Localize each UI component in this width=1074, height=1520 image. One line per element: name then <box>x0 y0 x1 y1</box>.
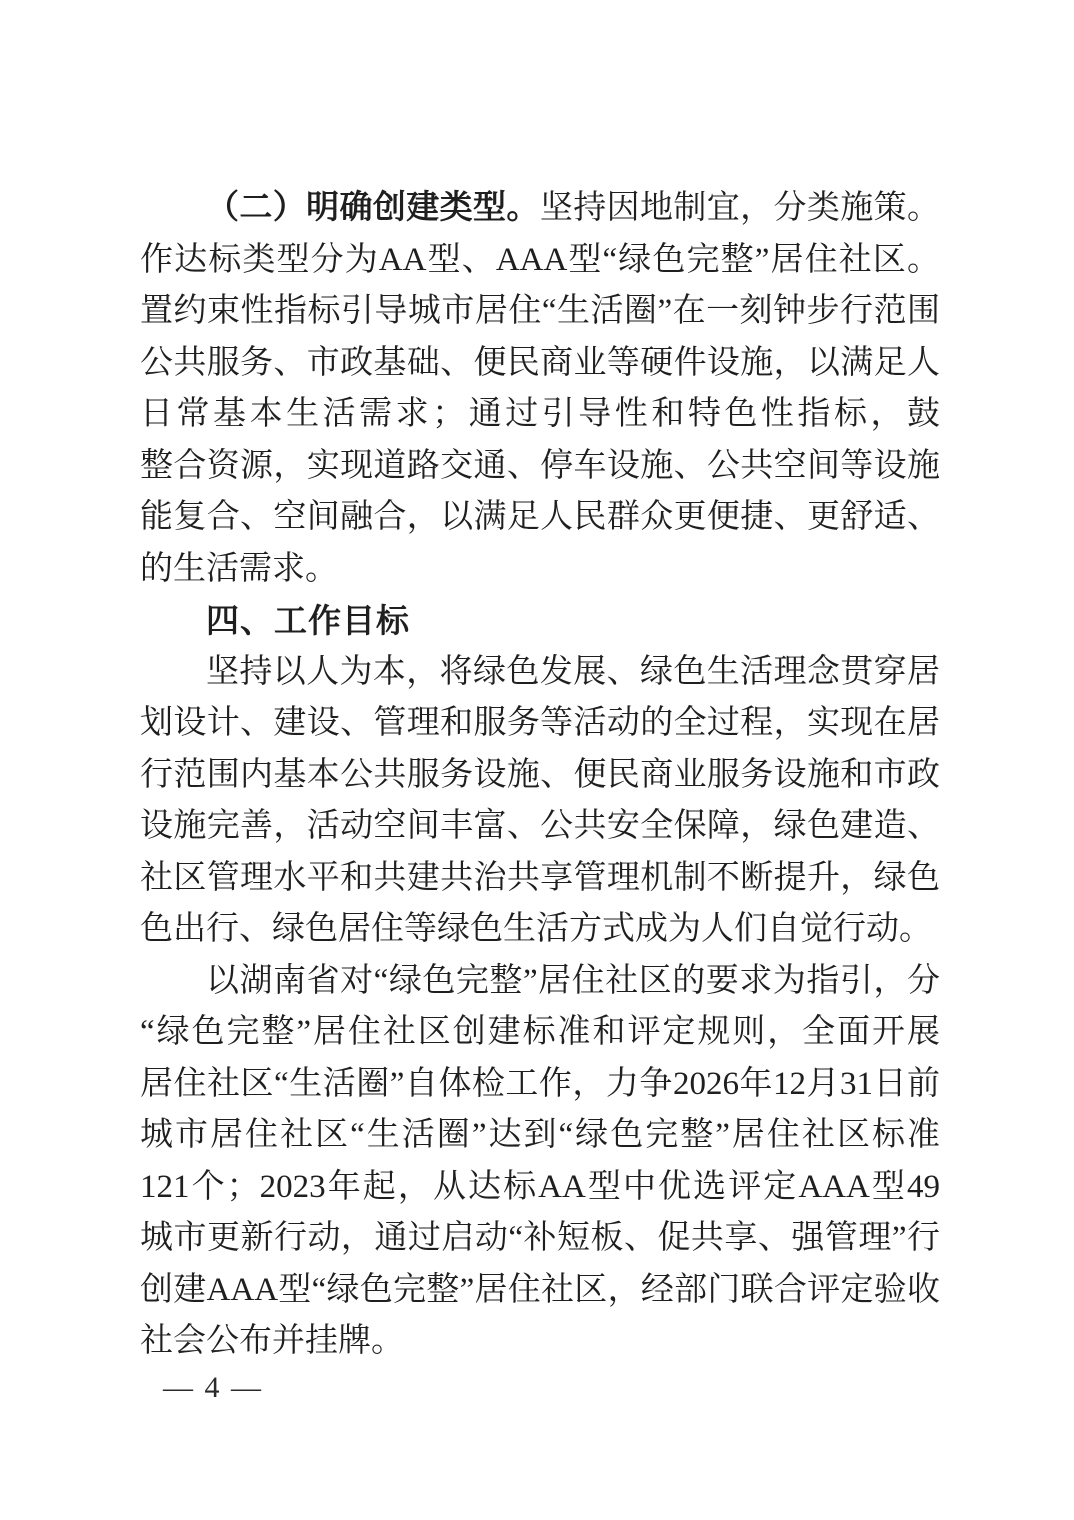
text-segment: 能复合、空间融合，以满足人民群众更便捷、更舒适、更高层次 <box>140 499 940 544</box>
text-line: 设施完善，活动空间丰富、公共安全保障，绿色建造、特色风貌、 <box>140 801 940 853</box>
text-segment: 121个；2023年起，从达标AA型中优选评定AAA型49个），实施 <box>140 1169 940 1214</box>
text-segment: 坚持以人为本，将绿色发展、绿色生活理念贯穿居住社区规 <box>140 654 940 699</box>
text-segment: 社会公布并挂牌。 <box>140 1323 404 1359</box>
text-segment: 日常基本生活需求；通过引导性和特色性指标，鼓励“生活圈” <box>140 396 940 441</box>
text-segment: 公共服务、市政基础、便民商业等硬件设施，以满足人民群众的 <box>140 345 940 390</box>
text-segment: 设施完善，活动空间丰富、公共安全保障，绿色建造、特色风貌、 <box>140 808 940 853</box>
text-segment: 居住社区“生活圈”自体检工作，力争2026年12月31日前121个 <box>140 1066 940 1111</box>
text-line: 城市更新行动，通过启动“补短板、促共享、强管理”行动计划， <box>140 1213 940 1265</box>
document-page: （二）明确创建类型。坚持因地制宜，分类施策。本次创建工作达标类型分为AA型、AA… <box>0 0 1074 1520</box>
text-line: 社区管理水平和共建共治共享管理机制不断提升，绿色消费、绿 <box>140 853 940 905</box>
text-line: 城市居住社区“生活圈”达到“绿色完整”居住社区标准（AA型 <box>140 1110 940 1162</box>
text-segment: 整合资源，实现道路交通、停车设施、公共空间等设施共享、功 <box>140 448 940 493</box>
paragraph: 坚持以人为本，将绿色发展、绿色生活理念贯穿居住社区规划设计、建设、管理和服务等活… <box>140 647 940 956</box>
page-number: — 4 — <box>163 1368 263 1408</box>
text-segment: 城市更新行动，通过启动“补短板、促共享、强管理”行动计划， <box>140 1220 940 1265</box>
document-content: （二）明确创建类型。坚持因地制宜，分类施策。本次创建工作达标类型分为AA型、AA… <box>140 183 940 1368</box>
text-segment: 社区管理水平和共建共治共享管理机制不断提升，绿色消费、绿 <box>140 860 940 905</box>
text-line: 划设计、建设、管理和服务等活动的全过程，实现在居民适宜步 <box>140 698 940 750</box>
text-segment: 色出行、绿色居住等绿色生活方式成为人们自觉行动。 <box>140 911 932 947</box>
text-line: 能复合、空间融合，以满足人民群众更便捷、更舒适、更高层次 <box>140 492 940 544</box>
text-segment: 以湖南省对“绿色完整”居住社区的要求为指引，分类制定 <box>140 963 940 1008</box>
text-line: 四、工作目标 <box>140 595 940 647</box>
text-segment: 行范围内基本公共服务设施、便民商业服务设施和市政配套基础 <box>140 757 940 802</box>
text-line: “绿色完整”居住社区创建标准和评定规则，全面开展242个城市 <box>140 1007 940 1059</box>
text-segment: 作达标类型分为AA型、AAA型“绿色完整”居住社区。通过设 <box>140 242 940 287</box>
text-line: 行范围内基本公共服务设施、便民商业服务设施和市政配套基础 <box>140 750 940 802</box>
text-segment: 置约束性指标引导城市居住“生活圈”在一刻钟步行范围内补齐 <box>140 293 940 338</box>
text-line: （二）明确创建类型。坚持因地制宜，分类施策。本次创建工 <box>140 183 940 235</box>
text-line: 整合资源，实现道路交通、停车设施、公共空间等设施共享、功 <box>140 441 940 493</box>
paragraph: 以湖南省对“绿色完整”居住社区的要求为指引，分类制定“绿色完整”居住社区创建标准… <box>140 956 940 1368</box>
text-line: 社会公布并挂牌。 <box>140 1316 940 1368</box>
text-line: 创建AAA型“绿色完整”居住社区，经部门联合评定验收后，向 <box>140 1265 940 1317</box>
text-line: 居住社区“生活圈”自体检工作，力争2026年12月31日前121个 <box>140 1059 940 1111</box>
text-line: 121个；2023年起，从达标AA型中优选评定AAA型49个），实施 <box>140 1162 940 1214</box>
text-line: 作达标类型分为AA型、AAA型“绿色完整”居住社区。通过设 <box>140 235 940 287</box>
bold-text-segment: 四、工作目标 <box>206 602 410 639</box>
section-heading: 四、工作目标 <box>140 595 940 647</box>
paragraph: （二）明确创建类型。坚持因地制宜，分类施策。本次创建工作达标类型分为AA型、AA… <box>140 183 940 595</box>
text-line: 公共服务、市政基础、便民商业等硬件设施，以满足人民群众的 <box>140 338 940 390</box>
text-line: 日常基本生活需求；通过引导性和特色性指标，鼓励“生活圈” <box>140 389 940 441</box>
text-segment: 的生活需求。 <box>140 551 338 587</box>
text-line: 坚持以人为本，将绿色发展、绿色生活理念贯穿居住社区规 <box>140 647 940 699</box>
text-line: 置约束性指标引导城市居住“生活圈”在一刻钟步行范围内补齐 <box>140 286 940 338</box>
bold-text-segment: （二）明确创建类型。 <box>206 190 540 226</box>
text-segment: 创建AAA型“绿色完整”居住社区，经部门联合评定验收后，向 <box>140 1272 940 1317</box>
text-line: 的生活需求。 <box>140 544 940 596</box>
text-line: 色出行、绿色居住等绿色生活方式成为人们自觉行动。 <box>140 904 940 956</box>
text-segment: 划设计、建设、管理和服务等活动的全过程，实现在居民适宜步 <box>140 705 940 750</box>
text-segment: 城市居住社区“生活圈”达到“绿色完整”居住社区标准（AA型 <box>140 1117 940 1162</box>
text-segment: “绿色完整”居住社区创建标准和评定规则，全面开展242个城市 <box>140 1014 940 1059</box>
text-line: 以湖南省对“绿色完整”居住社区的要求为指引，分类制定 <box>140 956 940 1008</box>
